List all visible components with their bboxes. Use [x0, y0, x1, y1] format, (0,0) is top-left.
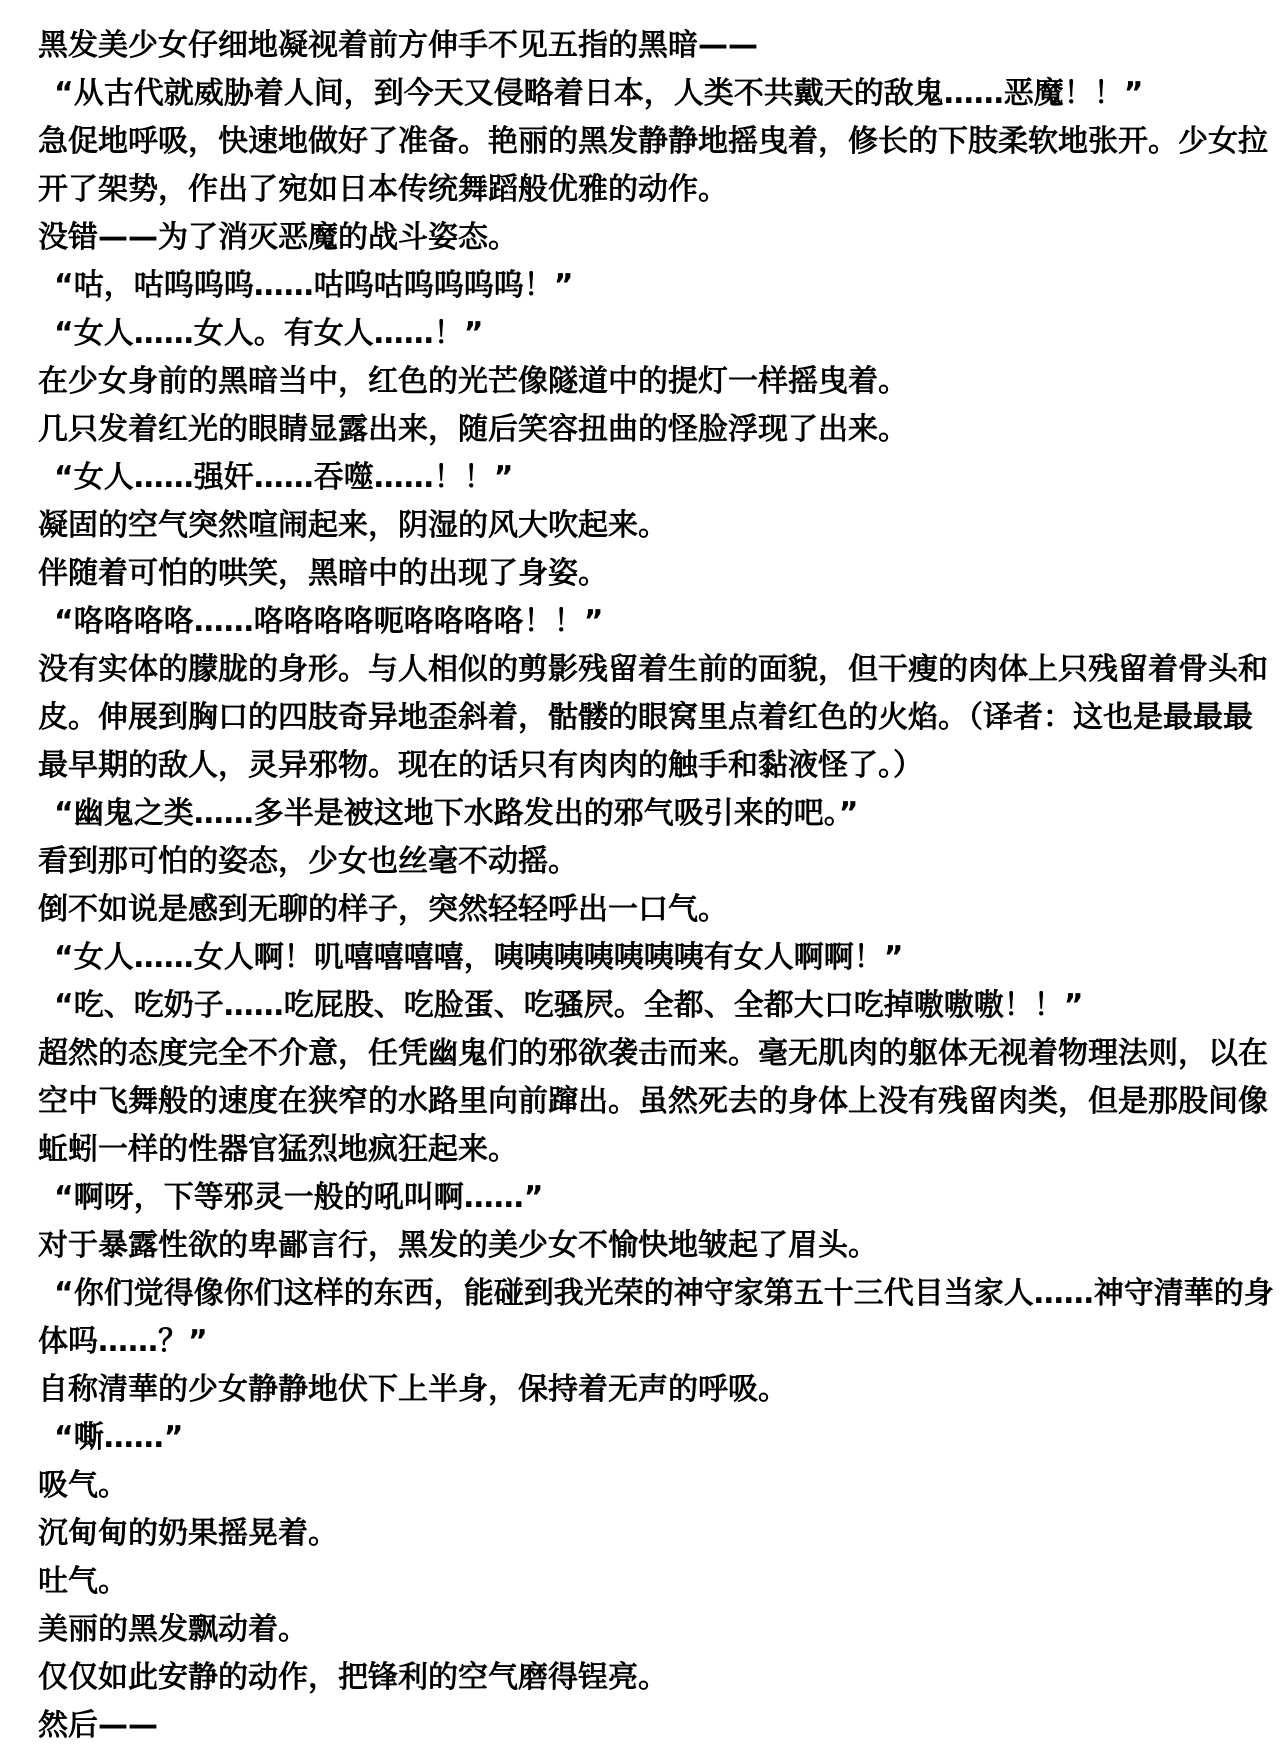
text-line: 倒不如说是感到无聊的样子，突然轻轻呼出一口气。	[38, 886, 1250, 934]
text-line: 没有实体的朦胧的身形。与人相似的剪影残留着生前的面貌，但干瘦的肉体上只残留着骨头…	[38, 646, 1250, 694]
text-line: 空中飞舞般的速度在狭窄的水路里向前蹿出。虽然死去的身体上没有残留肉类，但是那股间…	[38, 1078, 1250, 1126]
text-line: 看到那可怕的姿态，少女也丝毫不动摇。	[38, 838, 1250, 886]
text-line: 美丽的黑发飘动着。	[38, 1606, 1250, 1654]
text-line: 沉甸甸的奶果摇晃着。	[38, 1510, 1250, 1558]
text-line: 开了架势，作出了宛如日本传统舞蹈般优雅的动作。	[38, 166, 1250, 214]
text-line: 几只发着红光的眼睛显露出来，随后笑容扭曲的怪脸浮现了出来。	[38, 406, 1250, 454]
text-line: 凝固的空气突然喧闹起来，阴湿的风大吹起来。	[38, 502, 1250, 550]
text-line: “咯咯咯咯……咯咯咯咯呃咯咯咯咯！！”	[38, 598, 1250, 646]
text-line: “女人……女人啊！叽嘻嘻嘻嘻，咦咦咦咦咦咦咦有女人啊啊！”	[38, 934, 1250, 982]
text-line: 对于暴露性欲的卑鄙言行，黑发的美少女不愉快地皱起了眉头。	[38, 1222, 1250, 1270]
text-line: 吸气。	[38, 1462, 1250, 1510]
text-line: “女人……强奸……吞噬……！！”	[38, 454, 1250, 502]
text-line: “幽鬼之类……多半是被这地下水路发出的邪气吸引来的吧。”	[38, 790, 1250, 838]
text-line: “啊呀，下等邪灵一般的吼叫啊……”	[38, 1174, 1250, 1222]
text-line: 黑发美少女仔细地凝视着前方伸手不见五指的黑暗——	[38, 22, 1250, 70]
text-line: 在少女身前的黑暗当中，红色的光芒像隧道中的提灯一样摇曳着。	[38, 358, 1250, 406]
text-line: 吐气。	[38, 1558, 1250, 1606]
text-line: 自称清華的少女静静地伏下上半身，保持着无声的呼吸。	[38, 1366, 1250, 1414]
text-line: “你们觉得像你们这样的东西，能碰到我光荣的神守家第五十三代目当家人……神守清華的…	[38, 1270, 1250, 1318]
text-line: “吃、吃奶子……吃屁股、吃脸蛋、吃骚屄。全都、全都大口吃掉嗷嗷嗷！！”	[38, 982, 1250, 1030]
text-line: 体吗……？”	[38, 1318, 1250, 1366]
text-line: 仅仅如此安静的动作，把锋利的空气磨得锃亮。	[38, 1654, 1250, 1702]
novel-text-page: 黑发美少女仔细地凝视着前方伸手不见五指的黑暗—— “从古代就威胁着人间，到今天又…	[0, 0, 1280, 1748]
text-line: “咕，咕呜呜呜……咕呜咕呜呜呜呜！”	[38, 262, 1250, 310]
text-line: 伴随着可怕的哄笑，黑暗中的出现了身姿。	[38, 550, 1250, 598]
text-line: “女人……女人。有女人……！”	[38, 310, 1250, 358]
text-line: 蚯蚓一样的性器官猛烈地疯狂起来。	[38, 1126, 1250, 1174]
text-line: “从古代就威胁着人间，到今天又侵略着日本，人类不共戴天的敌鬼……恶魔！！”	[38, 70, 1250, 118]
text-line: 急促地呼吸，快速地做好了准备。艳丽的黑发静静地摇曳着，修长的下肢柔软地张开。少女…	[38, 118, 1250, 166]
text-line: “嘶……”	[38, 1414, 1250, 1462]
text-line: 皮。伸展到胸口的四肢奇异地歪斜着，骷髅的眼窝里点着红色的火焰。（译者：这也是最最…	[38, 694, 1250, 742]
text-line: 没错——为了消灭恶魔的战斗姿态。	[38, 214, 1250, 262]
text-line: 超然的态度完全不介意，任凭幽鬼们的邪欲袭击而来。毫无肌肉的躯体无视着物理法则，以…	[38, 1030, 1250, 1078]
text-line: 最早期的敌人，灵异邪物。现在的话只有肉肉的触手和黏液怪了。）	[38, 742, 1250, 790]
text-line: 然后——	[38, 1702, 1250, 1748]
